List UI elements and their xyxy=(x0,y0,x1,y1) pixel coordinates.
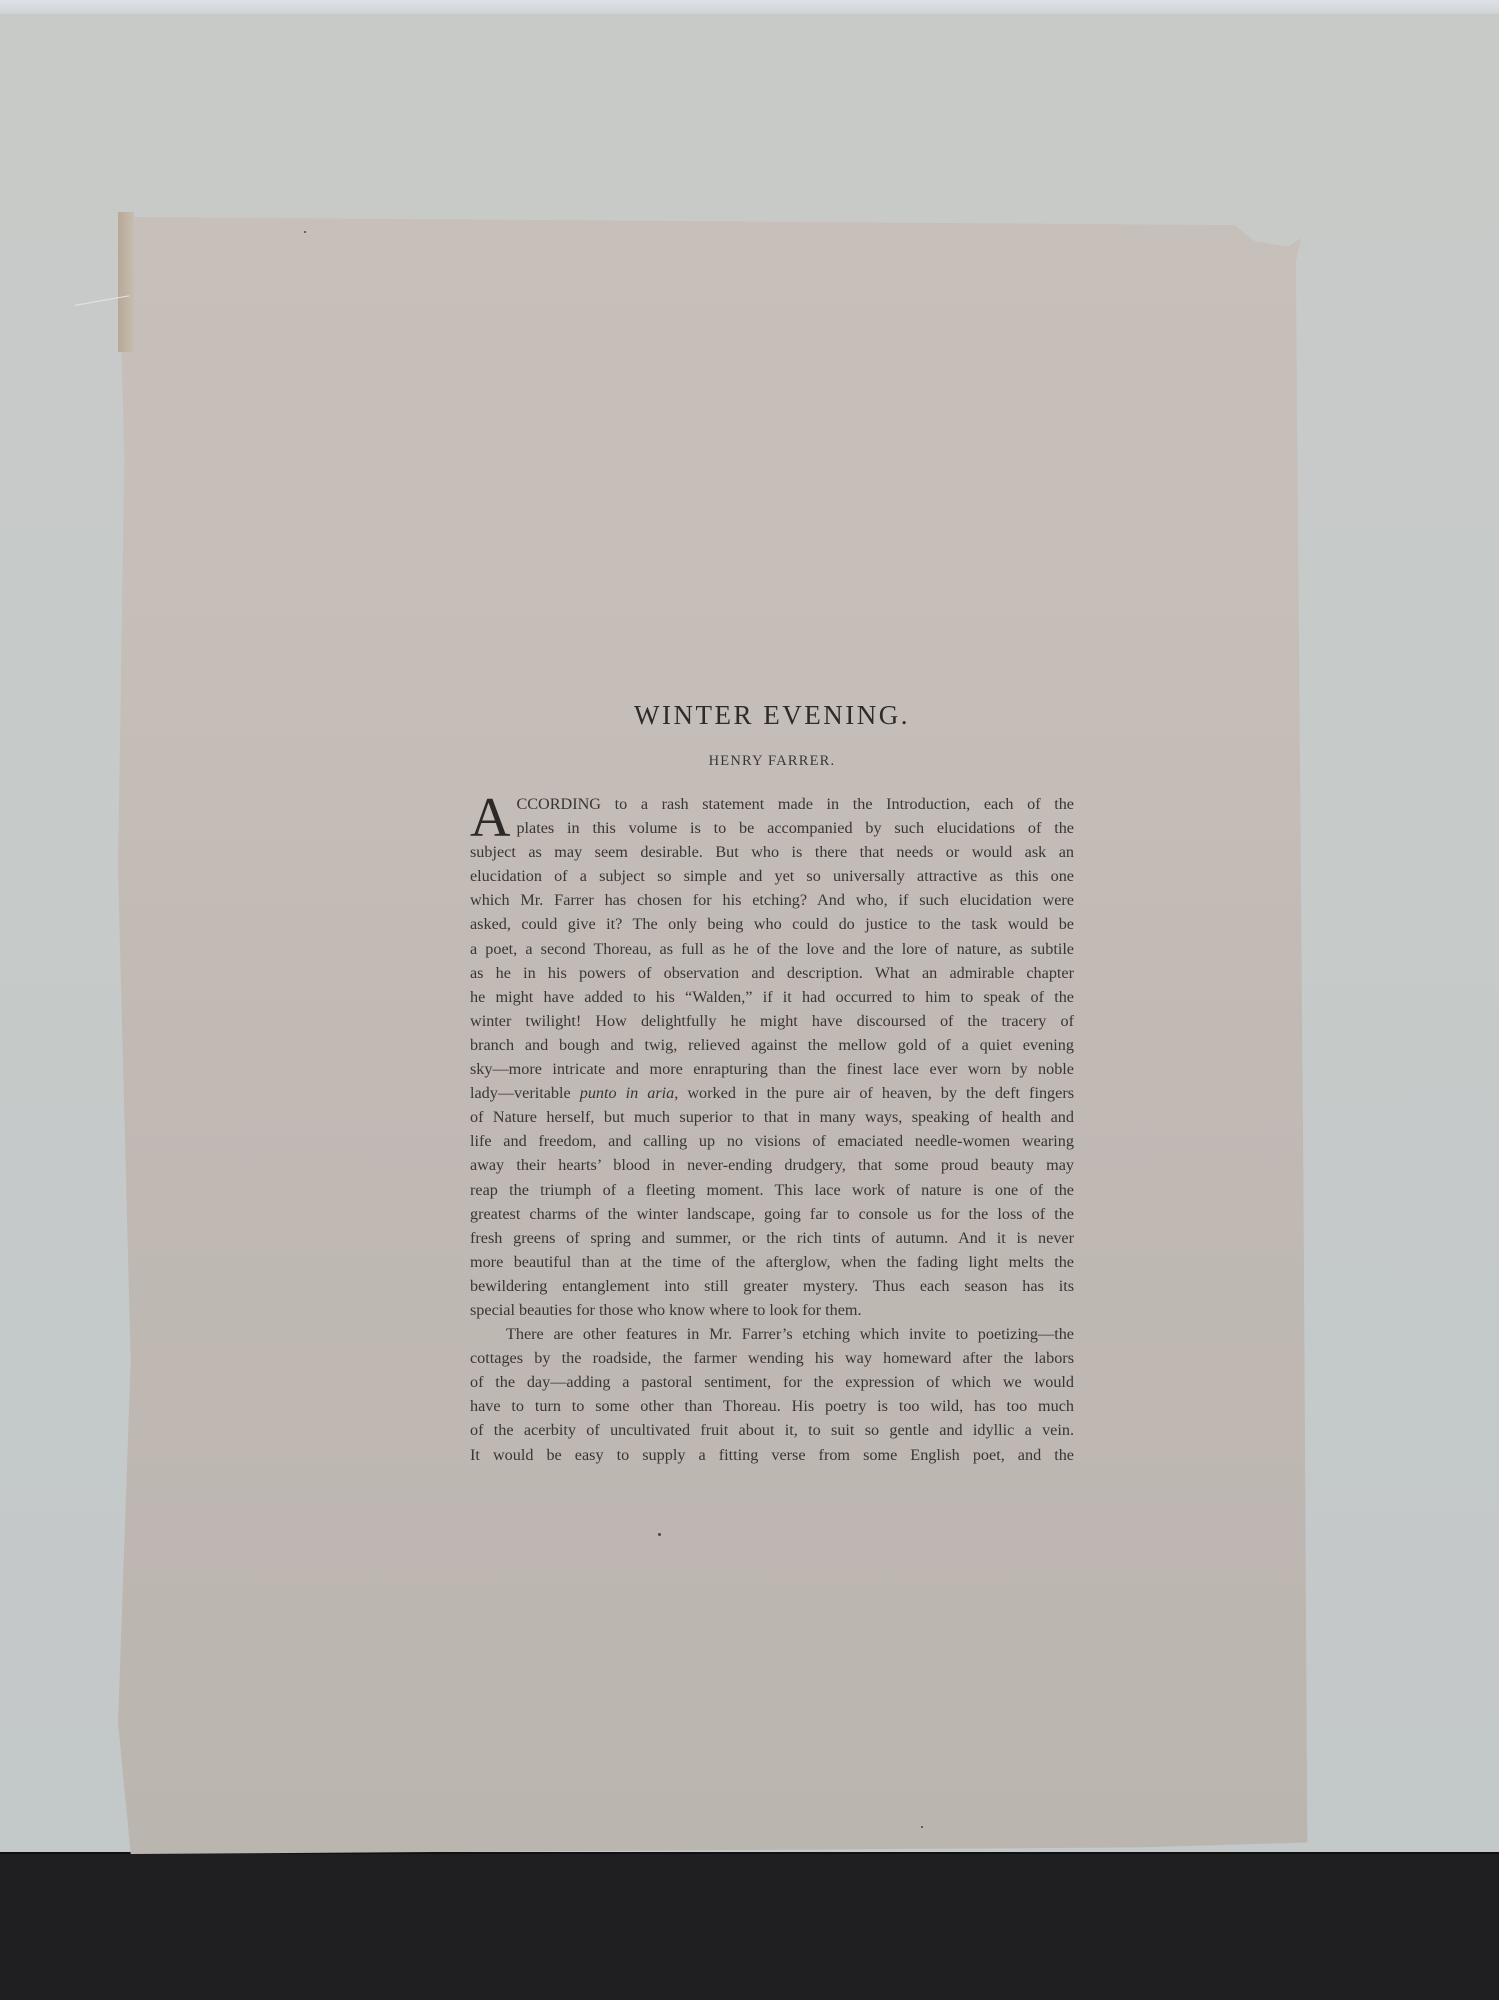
text-line: plates in this volume is to be accompani… xyxy=(470,816,1074,840)
dark-table-surface xyxy=(0,1852,1499,2000)
text-line: as he in his powers of observation and d… xyxy=(470,961,1074,985)
paragraph-2: There are other features in Mr. Farrer’s… xyxy=(470,1322,1074,1467)
text-line: branch and bough and twig, relieved agai… xyxy=(470,1033,1074,1057)
text-line: fresh greens of spring and summer, or th… xyxy=(470,1226,1074,1250)
text-line: winter twilight! How delightfully he mig… xyxy=(470,1009,1074,1033)
text-line: away their hearts’ blood in never-ending… xyxy=(470,1153,1074,1177)
text-line: more beautiful than at the time of the a… xyxy=(470,1250,1074,1274)
text-line: bewildering entanglement into still grea… xyxy=(470,1274,1074,1298)
paragraph-1: A CCORDING to a rash statement made in t… xyxy=(470,792,1074,1322)
text-line: reap the triumph of a fleeting moment. T… xyxy=(470,1178,1074,1202)
text-line: elucidation of a subject so simple and y… xyxy=(470,864,1074,888)
drop-cap: A xyxy=(470,796,510,840)
author-name: HENRY FARRER. xyxy=(470,753,1074,770)
text-line: a poet, a second Thoreau, as full as he … xyxy=(470,937,1074,961)
text-line: CCORDING to a rash statement made in the… xyxy=(470,792,1074,816)
text-line: subject as may seem desirable. But who i… xyxy=(470,840,1074,864)
text-line: he might have added to his “Walden,” if … xyxy=(470,985,1074,1009)
text-line-with-italic: lady—veritable punto in aria, worked in … xyxy=(470,1081,1074,1105)
text-line: sky—more intricate and more enrapturing … xyxy=(470,1057,1074,1081)
text-line: greatest charms of the winter landscape,… xyxy=(470,1202,1074,1226)
page-torn-edge xyxy=(118,212,134,352)
text-line: asked, could give it? The only being who… xyxy=(470,912,1074,936)
text-span: lady—veritable xyxy=(470,1084,580,1102)
ink-speck xyxy=(304,231,306,233)
text-line: life and freedom, and calling up no visi… xyxy=(470,1129,1074,1153)
text-span: , worked in the pure air of heaven, by t… xyxy=(674,1084,1074,1102)
italic-phrase: punto in aria xyxy=(580,1084,675,1102)
text-line: have to turn to some other than Thoreau.… xyxy=(470,1394,1074,1418)
text-line: cottages by the roadside, the farmer wen… xyxy=(470,1346,1074,1370)
page-content: WINTER EVENING. HENRY FARRER. A CCORDING… xyxy=(470,700,1074,1467)
text-line: It would be easy to supply a fitting ver… xyxy=(470,1443,1074,1467)
page-title: WINTER EVENING. xyxy=(470,700,1074,731)
text-line: There are other features in Mr. Farrer’s… xyxy=(470,1322,1074,1346)
text-line: of the acerbity of uncultivated fruit ab… xyxy=(470,1418,1074,1442)
text-line: of Nature herself, but much superior to … xyxy=(470,1105,1074,1129)
text-line: which Mr. Farrer has chosen for his etch… xyxy=(470,888,1074,912)
ink-speck xyxy=(921,1826,923,1828)
ink-speck xyxy=(658,1533,661,1536)
text-line: of the day—adding a pastoral sentiment, … xyxy=(470,1370,1074,1394)
text-line: special beauties for those who know wher… xyxy=(470,1298,1074,1322)
